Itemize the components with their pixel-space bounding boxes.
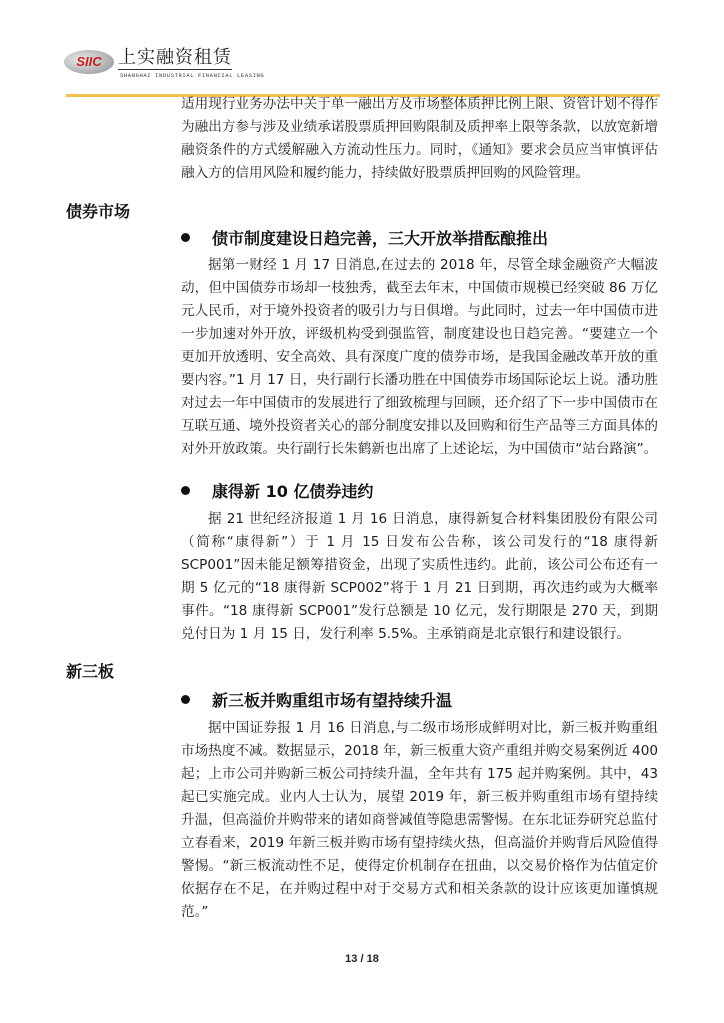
bullet-heading-text: 新三板并购重组市场有望持续升温 [212,688,452,711]
bullet-icon [181,233,190,242]
section-title-neeq: 新三板 [66,659,114,682]
article-paragraph: 据 21 世纪经济报道 1 月 16 日消息，康得新复合材料集团股份有限公司（简… [181,508,658,646]
bullet-heading-neeq-ma: 新三板并购重组市场有望持续升温 [181,688,452,711]
logo-mark-text: SIIC [66,55,112,69]
bullet-heading-kangdexin: 康得新 10 亿债券违约 [181,479,373,502]
section-title-bond-market: 债券市场 [66,199,130,222]
page-number: 13 / 18 [0,953,724,965]
bullet-heading-bond-system: 债市制度建设日趋完善，三大开放举措酝酿推出 [181,226,548,249]
bullet-icon [181,486,190,495]
bullet-heading-text: 债市制度建设日趋完善，三大开放举措酝酿推出 [212,226,548,249]
intro-paragraph: 适用现行业务办法中关于单一融出方及市场整体质押比例上限、资管计划不得作为融出方参… [181,93,658,185]
company-name-en: SHANGHAI INDUSTRIAL FINANCIAL LEASING [120,72,264,79]
siic-logo-icon: SIIC [64,50,114,74]
bullet-heading-text: 康得新 10 亿债券违约 [212,479,373,502]
document-header: SIIC 上实融资租赁 SHANGHAI INDUSTRIAL FINANCIA… [64,44,664,84]
bullet-icon [181,695,190,704]
article-paragraph: 据第一财经 1 月 17 日消息,在过去的 2018 年，尽管全球金融资产大幅波… [181,254,658,461]
article-paragraph: 据中国证券报 1 月 16 日消息,与二级市场形成鲜明对比，新三板并购重组市场热… [181,717,658,924]
company-name-cn: 上实融资租赁 [118,48,232,70]
